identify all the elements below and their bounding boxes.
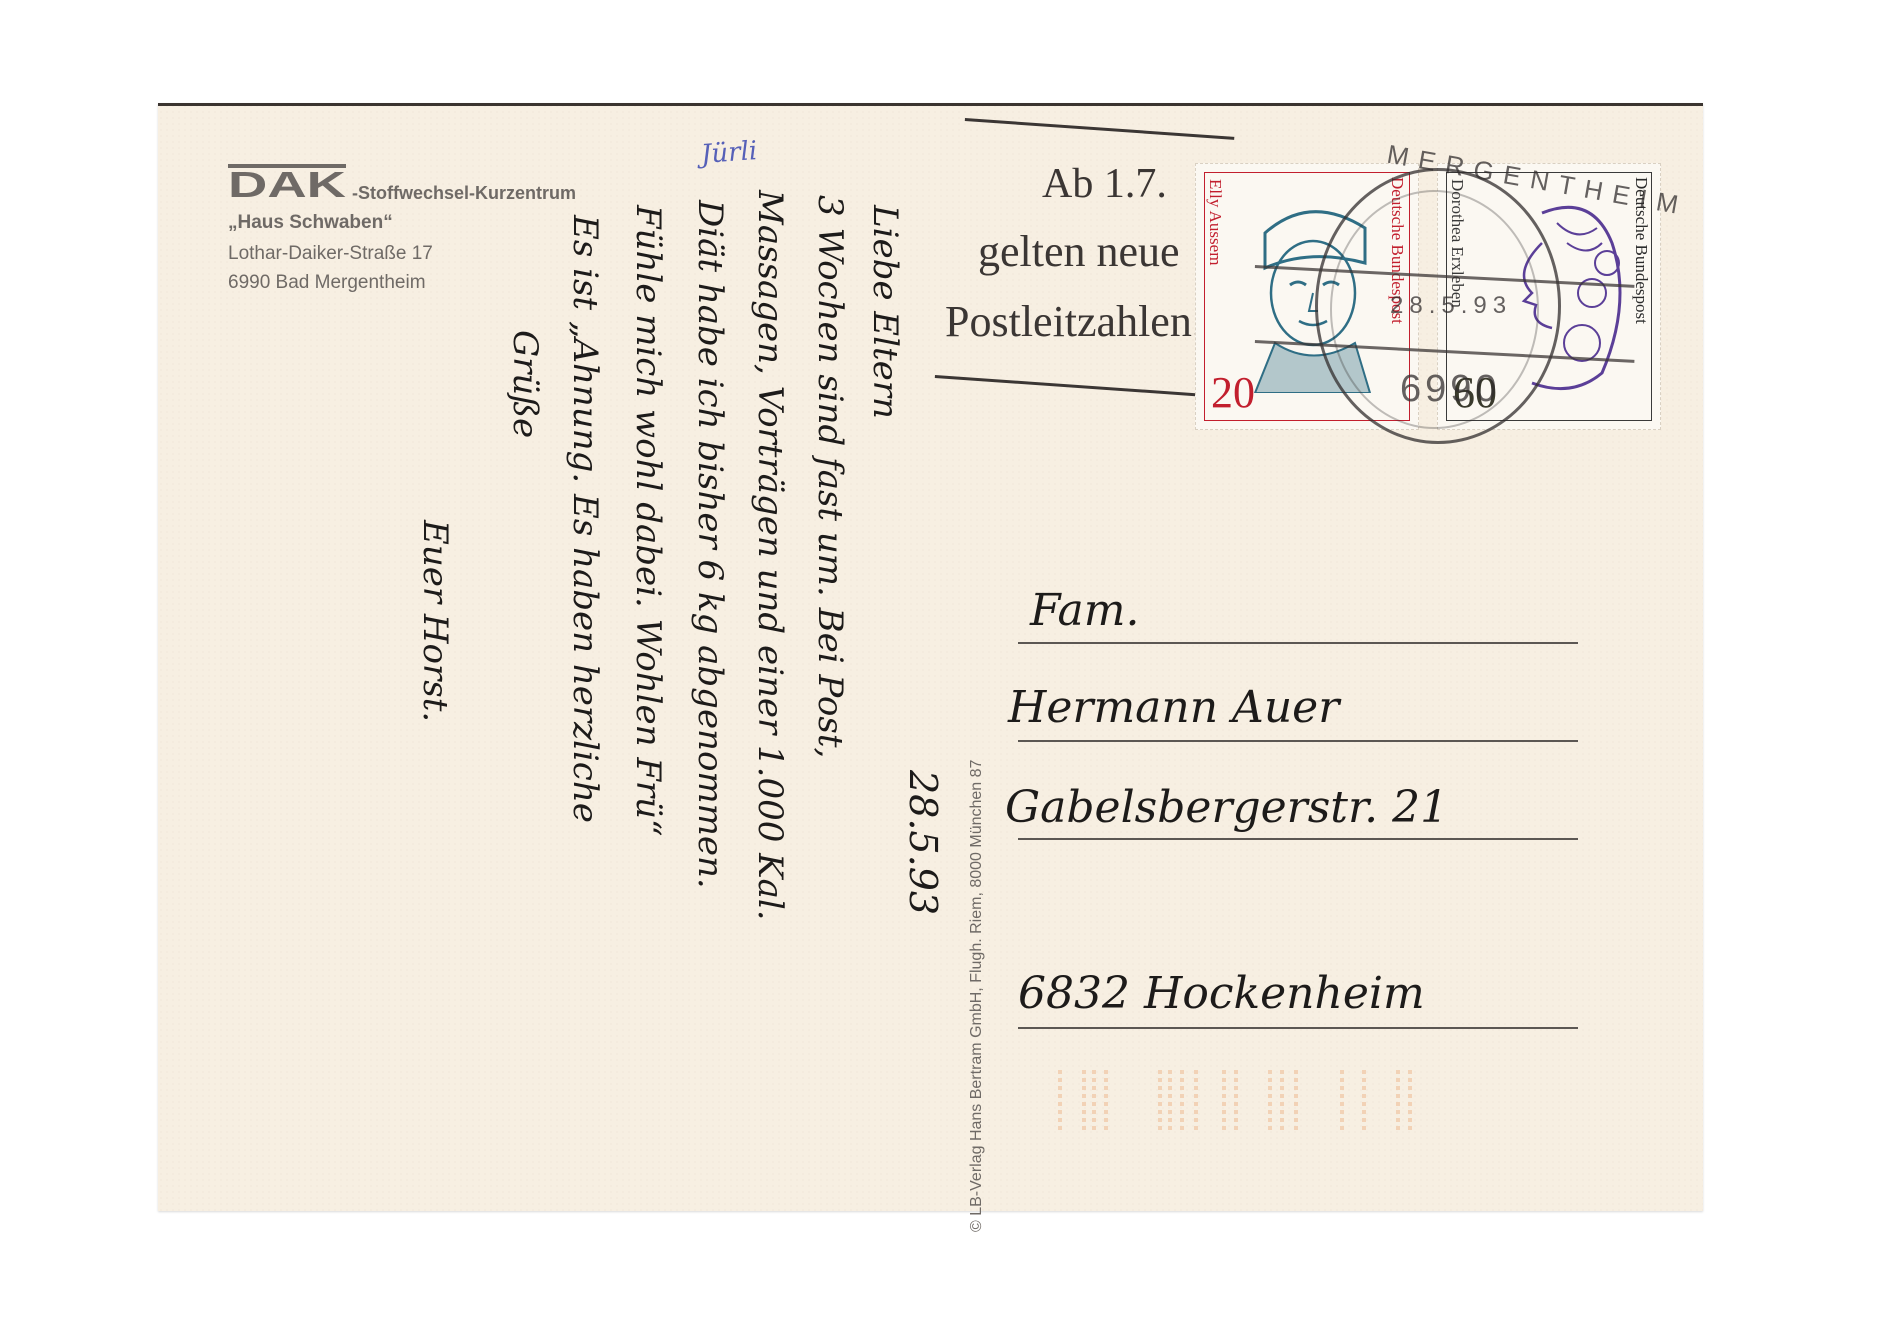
barcode-bar [1092, 1070, 1096, 1132]
message-line: Massagen, Vorträgen und einer 1.000 Kal. [750, 190, 790, 921]
stamp-portrait-name: Elly Aussem [1205, 179, 1225, 265]
cancel-line-1: Ab 1.7. [1042, 160, 1167, 208]
barcode-bar [1158, 1070, 1162, 1132]
postmark-postcode: 6990 [1400, 368, 1501, 411]
barcode-bar [1082, 1070, 1086, 1132]
svg-text:DAK: DAK [228, 164, 346, 198]
message-line: Liebe Eltern [865, 205, 905, 419]
message-line: Euer Horst. [415, 520, 455, 722]
barcode-bar [1362, 1070, 1366, 1132]
message-line: Grüße [505, 330, 545, 438]
dak-logo: DAK [228, 164, 348, 198]
recipient-line-1: Fam. [1030, 585, 1139, 636]
barcode-bar [1268, 1070, 1272, 1132]
cancel-line-2: gelten neue [978, 226, 1180, 277]
institution-name: -Stoffwechsel-Kurzentrum [352, 183, 576, 204]
address-rule [1018, 1027, 1578, 1029]
barcode-bar [1104, 1070, 1108, 1132]
address-rule [1018, 838, 1578, 840]
message-date: 28.5.93 [901, 770, 945, 915]
postmark-date: 28.5.93 [1390, 292, 1512, 320]
barcode-bar [1168, 1070, 1172, 1132]
message-line: Fühle mich wohl dabei. Wohlen Frü“ [628, 205, 668, 836]
house-name: „Haus Schwaben“ [228, 212, 393, 234]
cancel-line-3: Postleitzahlen. [945, 296, 1203, 347]
address-rule [1018, 740, 1578, 742]
barcode-bar [1222, 1070, 1226, 1132]
barcode-bar [1396, 1070, 1400, 1132]
barcode-bar [1194, 1070, 1198, 1132]
barcode-bar [1058, 1070, 1062, 1132]
barcode-bar [1340, 1070, 1344, 1132]
barcode-bar [1294, 1070, 1298, 1132]
blue-note: Jürli [700, 136, 758, 170]
recipient-line-3: Gabelsbergerstr. 21 [1005, 782, 1448, 833]
publisher-imprint: © LB-Verlag Hans Bertram GmbH, Flugh. Ri… [968, 760, 986, 1232]
recipient-line-2: Hermann Auer [1008, 682, 1339, 733]
stamp-value: 20 [1211, 367, 1255, 418]
recipient-line-4: 6832 Hockenheim [1018, 968, 1425, 1019]
barcode-bar [1408, 1070, 1412, 1132]
sender-street: Lothar-Daiker-Straße 17 [228, 243, 433, 265]
barcode-bar [1234, 1070, 1238, 1132]
address-rule [1018, 642, 1578, 644]
message-line: Es ist „Ahnung. Es haben herzliche [565, 215, 605, 823]
barcode-bar [1180, 1070, 1184, 1132]
sender-city: 6990 Bad Mergentheim [228, 272, 426, 294]
message-line: Diät habe ich bisher 6 kg abgenommen. [690, 200, 730, 889]
message-line: 3 Wochen sind fast um. Bei Post, [810, 195, 850, 758]
barcode-bar [1280, 1070, 1284, 1132]
